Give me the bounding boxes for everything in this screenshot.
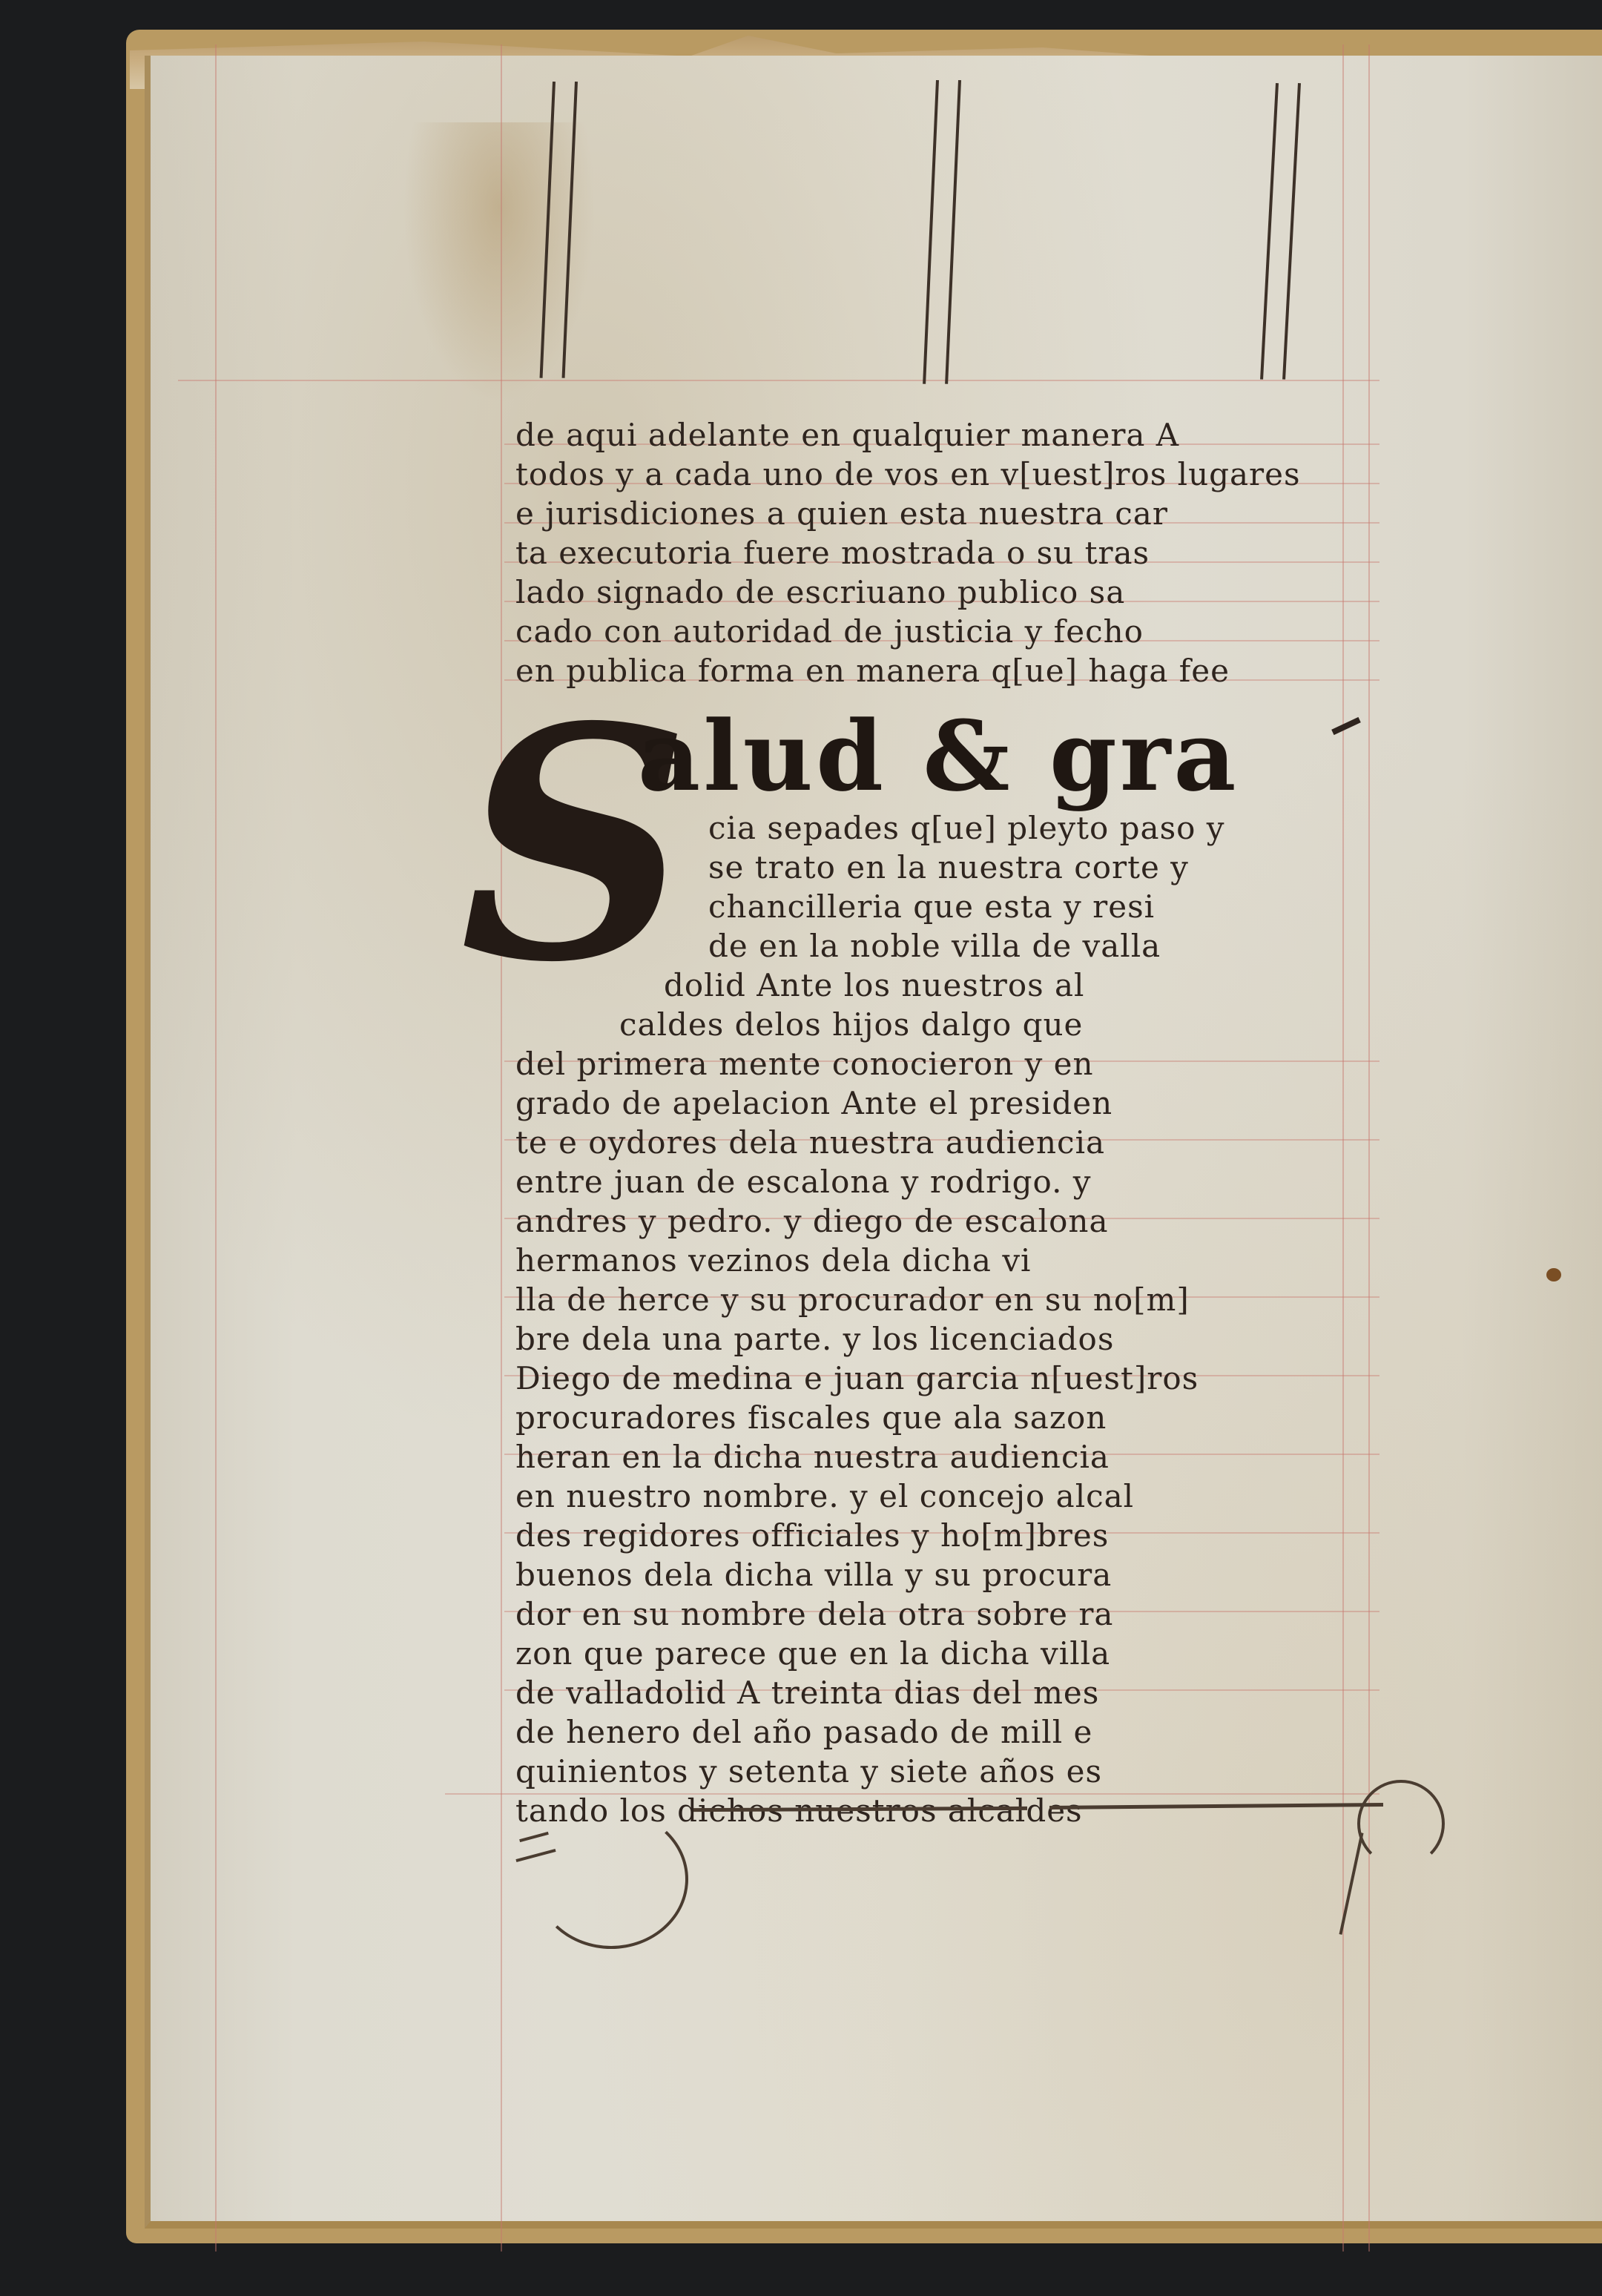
text-line: bre dela una parte. y los licenciados — [515, 1319, 1376, 1359]
text-line: lla de herce y su procurador en su no[m] — [515, 1280, 1376, 1319]
ruling-margin-left — [501, 44, 502, 2252]
text-line: dor en su nombre dela otra sobre ra — [515, 1594, 1376, 1634]
text-line: de valladolid A treinta dias del mes — [515, 1673, 1376, 1712]
text-line: zon que parece que en la dicha villa — [515, 1634, 1376, 1673]
text-line: grado de apelacion Ante el presiden — [515, 1083, 1376, 1123]
text-line: cia sepades q[ue] pleyto paso y — [515, 808, 1376, 848]
text-line: buenos dela dicha villa y su procura — [515, 1555, 1376, 1594]
text-line: en nuestro nombre. y el concejo alcal — [515, 1477, 1376, 1516]
text-line: heran en la dicha nuestra audiencia — [515, 1437, 1376, 1477]
text-line: lado signado de escriuano publico sa — [515, 573, 1376, 612]
text-line: Diego de medina e juan garcia n[uest]ros — [515, 1359, 1376, 1398]
closing-flourish-right — [1357, 1780, 1445, 1867]
text-line: cado con autoridad de justicia y fecho — [515, 612, 1376, 651]
text-line: des regidores officiales y ho[m]bres — [515, 1516, 1376, 1555]
text-line: quinientos y setenta y siete años es — [515, 1752, 1376, 1791]
ruling-top — [178, 380, 1379, 381]
text-line: dolid Ante los nuestros al — [515, 966, 1376, 1005]
text-line: de henero del año pasado de mill e — [515, 1712, 1376, 1752]
text-line: hermanos vezinos dela dicha vi — [515, 1241, 1376, 1280]
ruling-margin-left-outer — [215, 44, 217, 2252]
text-line: e jurisdiciones a quien esta nuestra car — [515, 494, 1376, 533]
ink-stain — [1546, 1268, 1561, 1281]
text-line: procuradores fiscales que ala sazon — [515, 1398, 1376, 1437]
text-line: del primera mente conocieron y en — [515, 1044, 1376, 1083]
text-line: todos y a cada uno de vos en v[uest]ros … — [515, 455, 1376, 494]
closing-flourish-left — [534, 1810, 688, 1949]
heading-salud-y-gracia: alud & gra — [638, 705, 1239, 808]
text-line: andres y pedro. y diego de escalona — [515, 1201, 1376, 1241]
text-line: ta executoria fuere mostrada o su tras — [515, 533, 1376, 573]
text-line: entre juan de escalona y rodrigo. y — [515, 1162, 1376, 1201]
text-line: te e oydores dela nuestra audiencia — [515, 1123, 1376, 1162]
text-line: de en la noble villa de valla — [515, 926, 1376, 966]
text-line: caldes delos hijos dalgo que — [515, 1005, 1376, 1044]
text-line: chancilleria que esta y resi — [515, 887, 1376, 926]
text-block-opening: de aqui adelante en qualquier manera A t… — [515, 415, 1376, 690]
text-line: de aqui adelante en qualquier manera A — [515, 415, 1376, 455]
text-block-body: cia sepades q[ue] pleyto paso y se trato… — [515, 808, 1376, 1830]
text-line: se trato en la nuestra corte y — [515, 848, 1376, 887]
